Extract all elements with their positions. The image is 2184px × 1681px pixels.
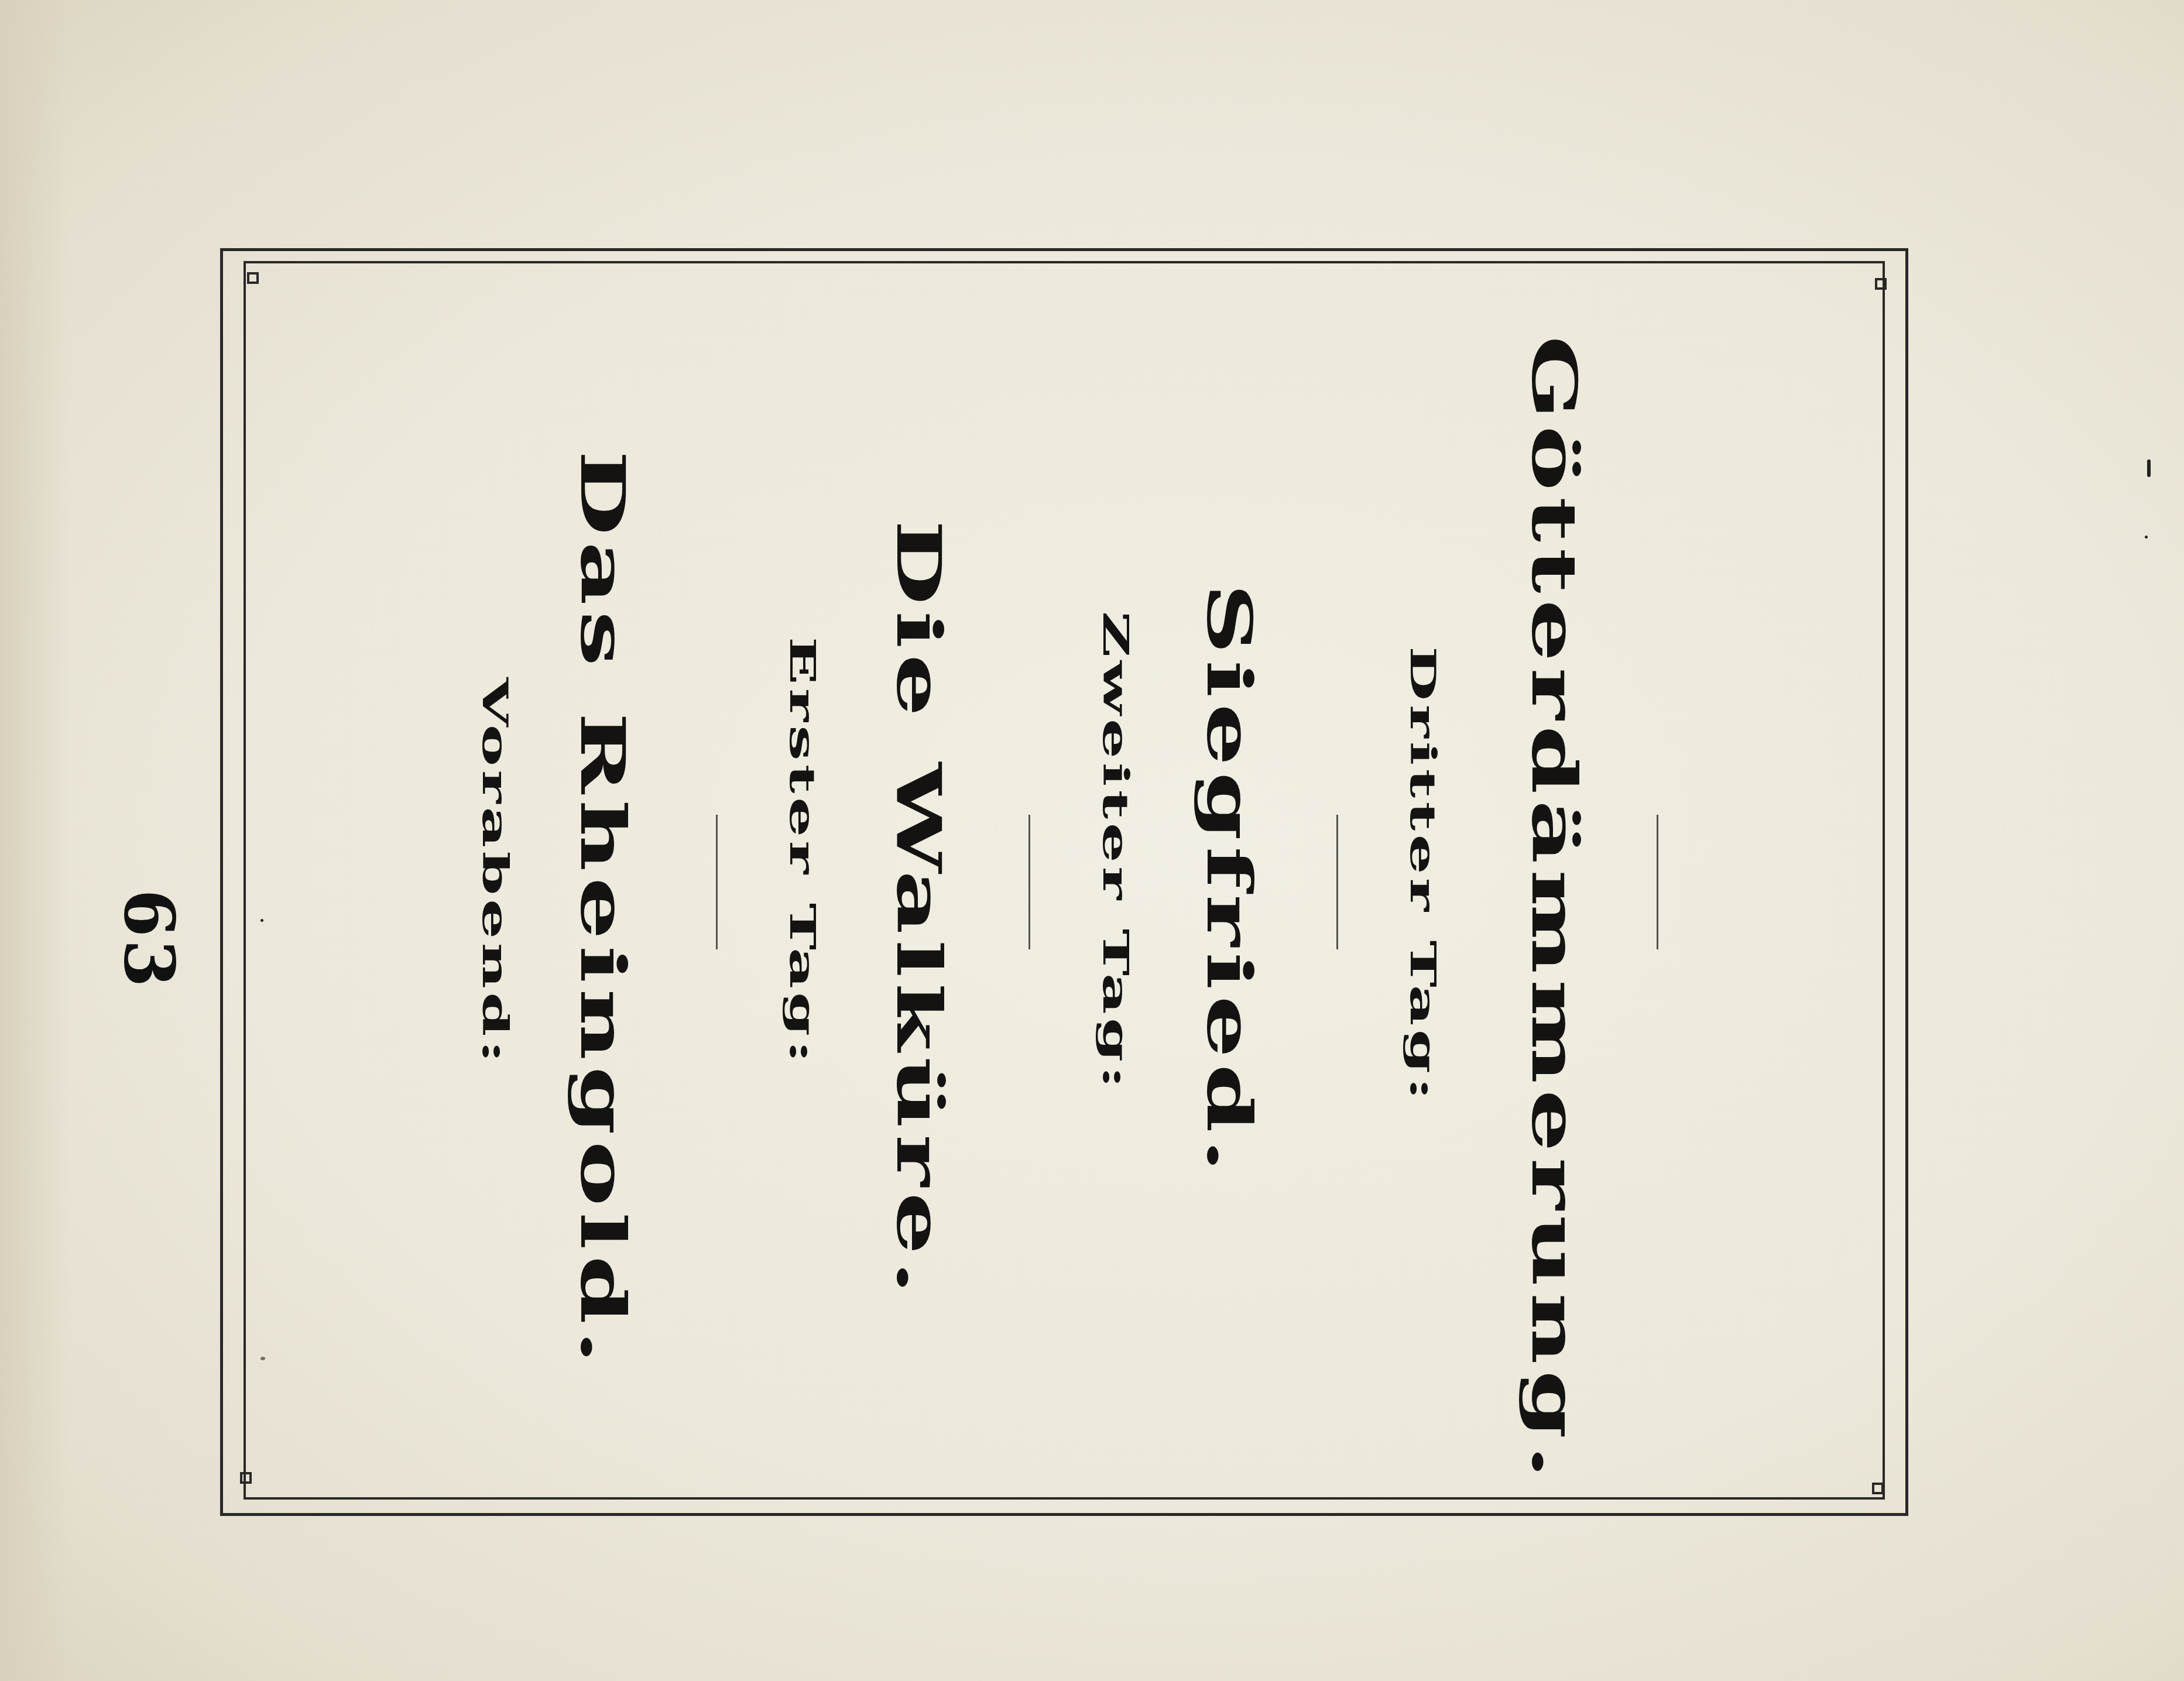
section-title-goetterdaemmerung: Götterdämmerung. [1518, 335, 1590, 1485]
scan-speck [260, 1357, 265, 1360]
section-label-zweiter-tag: Zweiter Tag: [1095, 611, 1135, 1092]
separator-line-3 [1336, 815, 1338, 949]
separator-line-4 [1657, 815, 1658, 949]
section-title-walkuere: Die Walküre. [883, 520, 955, 1301]
scan-speck [2145, 536, 2148, 538]
section-label-dritter-tag: Dritter Tag: [1402, 646, 1442, 1104]
separator-line-1 [716, 815, 718, 949]
corner-ornament-bottom-right [1872, 1483, 1884, 1494]
page-number: 63 [109, 889, 190, 990]
section-title-siegfried: Siegfried. [1194, 584, 1266, 1179]
separator-line-2 [1028, 815, 1030, 949]
corner-ornament-top-right [1875, 278, 1887, 290]
section-title-rheingold: Das Rheingold. [567, 450, 639, 1370]
scan-speck [2147, 459, 2151, 477]
corner-ornament-top-left [247, 272, 259, 284]
section-label-vorabend: Vorabend: [474, 678, 515, 1067]
corner-ornament-bottom-left [240, 1472, 252, 1484]
paper-edge-shadow [0, 0, 70, 1681]
section-label-erster-tag: Erster Tag: [781, 637, 822, 1067]
scan-speck [260, 919, 263, 922]
